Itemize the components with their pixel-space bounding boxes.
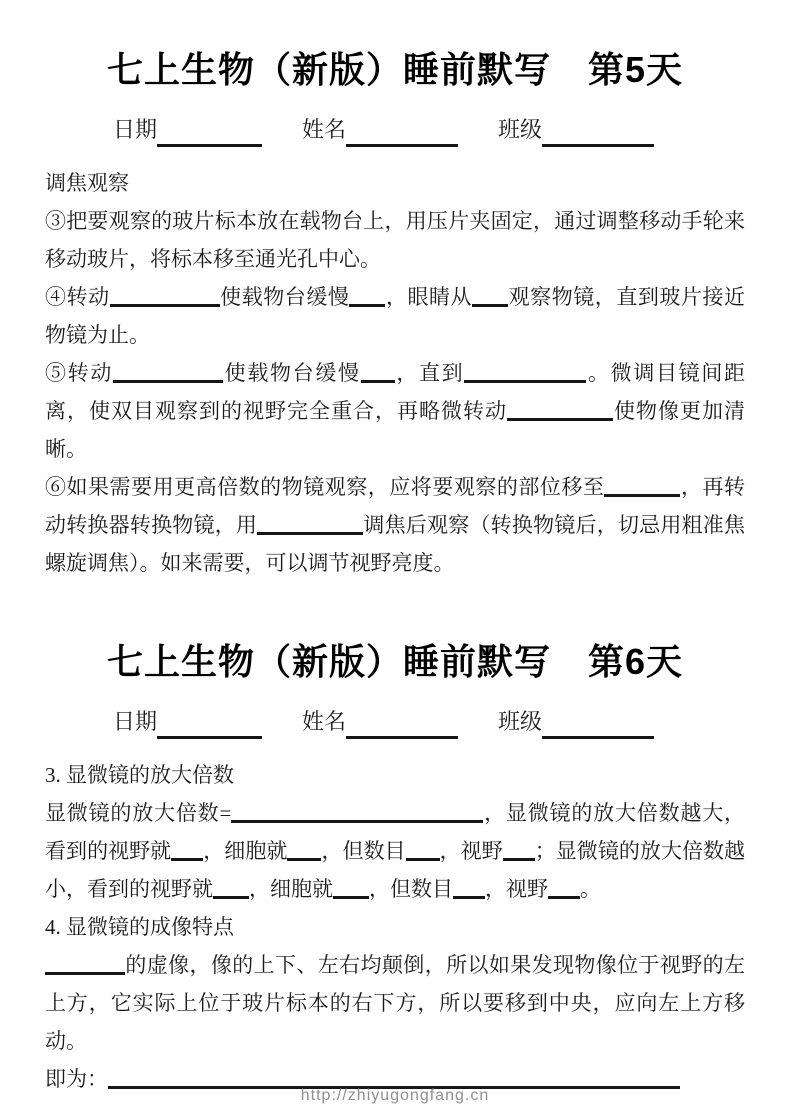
- date-fill-in-blank: [157, 144, 262, 147]
- section-heading-magnification: 3. 显微镜的放大倍数: [45, 756, 745, 794]
- date-field: 日期: [113, 113, 262, 144]
- class-label: 班级: [498, 113, 542, 144]
- worksheet-day6-title: 七上生物（新版）睡前默写 第6天: [45, 634, 745, 685]
- text-run: 3. 显微镜的放大倍数: [45, 763, 234, 787]
- paragraph-imaging: 的虚像，像的上下、左右均颠倒，所以如果发现物像位于视野的左上方，它实际上位于玻片…: [45, 946, 745, 1060]
- paragraph-step6: ⑥如果需要用更高倍数的物镜观察，应将要观察的部位移至，再转动转换器转换物镜，用调…: [45, 468, 745, 582]
- name-fill-in-blank: [346, 144, 458, 147]
- class-field: 班级: [498, 705, 654, 736]
- text-run: 4. 显微镜的成像特点: [45, 915, 234, 939]
- fill-in-blank: [231, 820, 483, 823]
- fill-in-blank: [349, 304, 385, 307]
- name-field: 姓名: [302, 705, 458, 736]
- text-run: ，视野: [440, 839, 503, 863]
- text-run: ，直到: [395, 361, 465, 385]
- fill-in-blank: [503, 858, 535, 861]
- fill-in-blank: [213, 896, 249, 899]
- text-run: 使载物台缓慢: [223, 361, 361, 385]
- worksheet-page: 七上生物（新版）睡前默写 第5天 日期 姓名 班级 调焦观察 ③把要观察的玻片标…: [0, 0, 790, 1119]
- fill-in-blank: [604, 494, 680, 497]
- fill-in-blank: [257, 532, 363, 535]
- worksheet-day5-fields-row: 日期 姓名 班级: [45, 113, 745, 144]
- name-label: 姓名: [302, 705, 346, 736]
- worksheet-day5-title: 七上生物（新版）睡前默写 第5天: [45, 42, 745, 93]
- fill-in-blank: [287, 858, 321, 861]
- section-heading-imaging: 4. 显微镜的成像特点: [45, 908, 745, 946]
- text-run: ，细胞就: [203, 839, 287, 863]
- text-run: 显微镜的放大倍数=: [45, 801, 231, 825]
- fill-in-blank: [171, 858, 203, 861]
- date-label: 日期: [113, 113, 157, 144]
- fill-in-blank: [406, 858, 440, 861]
- text-run: ④转动: [45, 285, 110, 309]
- fill-in-blank: [464, 380, 586, 383]
- text-run: ，细胞就: [249, 877, 333, 901]
- text-run: 调焦观察: [45, 171, 129, 195]
- date-field: 日期: [113, 705, 262, 736]
- date-fill-in-blank: [157, 736, 262, 739]
- class-fill-in-blank: [542, 144, 654, 147]
- paragraph-step5: ⑤转动使载物台缓慢，直到。微调目镜间距离，使双目观察到的视野完全重合，再略微转动…: [45, 354, 745, 468]
- fill-in-blank: [333, 896, 369, 899]
- name-label: 姓名: [302, 113, 346, 144]
- fill-in-blank: [453, 896, 485, 899]
- fill-in-blank: [507, 418, 613, 421]
- footer-watermark-url: http://zhiyugongfang.cn: [0, 1087, 790, 1105]
- text-run: ，但数目: [369, 877, 453, 901]
- paragraph-magnification: 显微镜的放大倍数=，显微镜的放大倍数越大，看到的视野就，细胞就，但数目，视野；显…: [45, 794, 745, 908]
- fill-in-blank: [110, 304, 220, 307]
- text-run: ，眼睛从: [385, 285, 472, 309]
- paragraph-step4: ④转动使载物台缓慢，眼睛从观察物镜，直到玻片接近物镜为止。: [45, 278, 745, 354]
- text-run: ⑥如果需要用更高倍数的物镜观察，应将要观察的部位移至: [45, 475, 604, 499]
- class-label: 班级: [498, 705, 542, 736]
- fill-in-blank: [113, 380, 223, 383]
- fill-in-blank: [361, 380, 395, 383]
- date-label: 日期: [113, 705, 157, 736]
- class-fill-in-blank: [542, 736, 654, 739]
- worksheet-day5: 七上生物（新版）睡前默写 第5天 日期 姓名 班级 调焦观察 ③把要观察的玻片标…: [45, 42, 745, 582]
- worksheet-divider-gap: [45, 582, 745, 634]
- text-run: 。: [580, 877, 601, 901]
- text-run: 使载物台缓慢: [220, 285, 350, 309]
- text-run: ，但数目: [321, 839, 405, 863]
- worksheet-day6-fields-row: 日期 姓名 班级: [45, 705, 745, 736]
- fill-in-blank: [472, 304, 508, 307]
- worksheet-day6: 七上生物（新版）睡前默写 第6天 日期 姓名 班级 3. 显微镜的放大倍数 显微…: [45, 634, 745, 1098]
- fill-in-blank: [548, 896, 580, 899]
- paragraph-step3: ③把要观察的玻片标本放在载物台上，用压片夹固定，通过调整移动手轮来移动玻片，将标…: [45, 202, 745, 278]
- text-run: ⑤转动: [45, 361, 113, 385]
- section-heading-focusing: 调焦观察: [45, 164, 745, 202]
- class-field: 班级: [498, 113, 654, 144]
- text-run: 的虚像，像的上下、左右均颠倒，所以如果发现物像位于视野的左上方，它实际上位于玻片…: [45, 953, 745, 1053]
- fill-in-blank: [45, 972, 125, 975]
- name-field: 姓名: [302, 113, 458, 144]
- text-run: ③把要观察的玻片标本放在载物台上，用压片夹固定，通过调整移动手轮来移动玻片，将标…: [45, 209, 745, 271]
- name-fill-in-blank: [346, 736, 458, 739]
- text-run: ，视野: [485, 877, 548, 901]
